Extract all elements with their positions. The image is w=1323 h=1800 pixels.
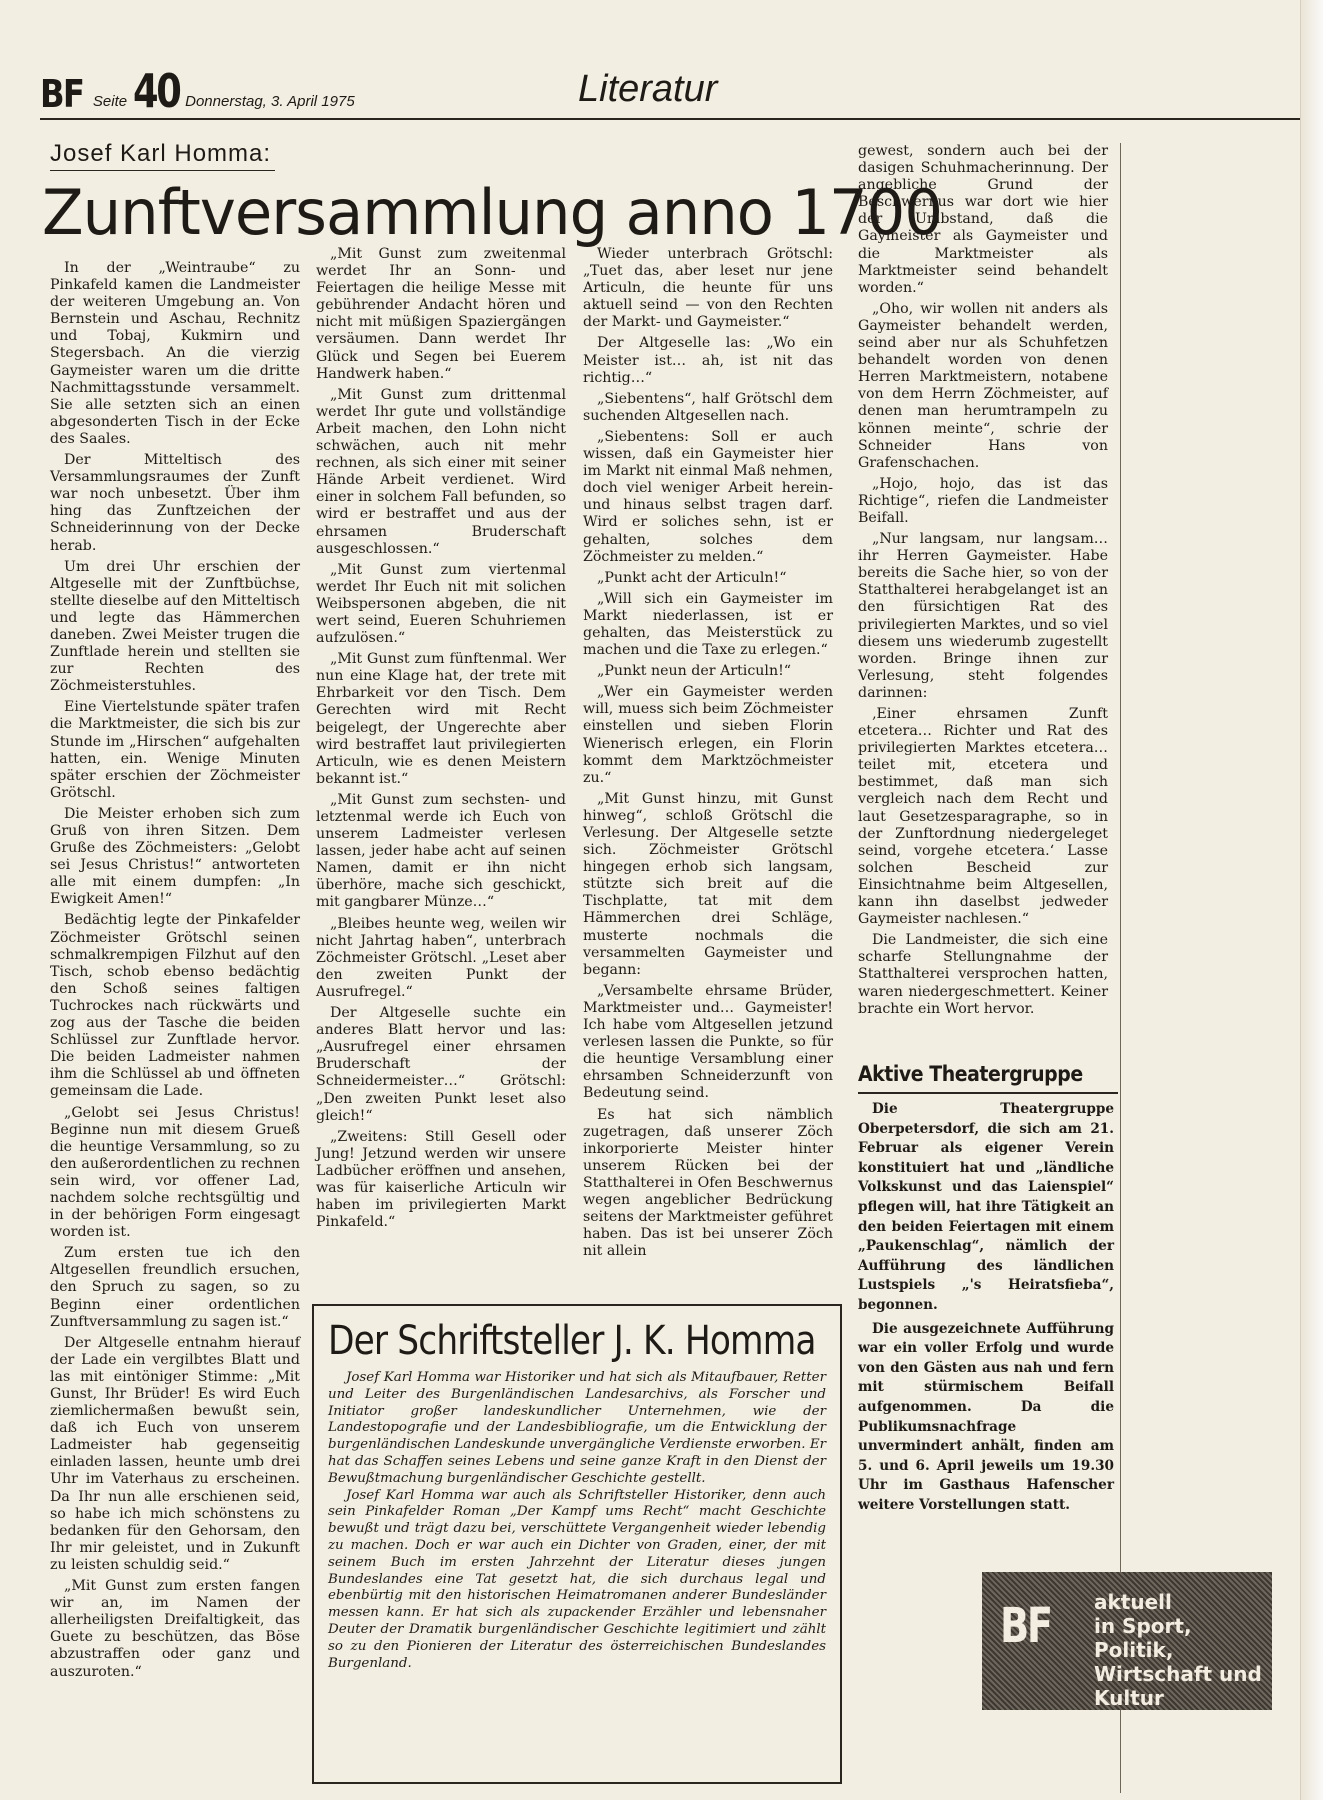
theater-article: Die Theatergruppe Oberpetersdorf, die si… [858, 1100, 1114, 1519]
paragraph: „Wer ein Gaymeister werden will, muess s… [583, 684, 833, 787]
theater-headline: Aktive Theatergruppe [858, 1062, 1083, 1086]
issue-date: Donnerstag, 3. April 1975 [185, 93, 355, 110]
paragraph: Die ausgezeichnete Aufführung war ein vo… [858, 1320, 1114, 1516]
ad-text: aktuell in Sport, Politik, Wirtschaft un… [1094, 1590, 1272, 1710]
author-underline [50, 170, 275, 171]
ad-line: Kultur [1094, 1686, 1272, 1710]
theater-rule [858, 1092, 1118, 1094]
bio-paragraph: Josef Karl Homma war Historiker und hat … [328, 1370, 826, 1488]
paragraph: „Zweitens: Still Gesell oder Jung! Jetzu… [316, 1129, 566, 1232]
paragraph: „Gelobt sei Jesus Christus! Beginne nun … [50, 1105, 300, 1242]
paragraph: „Mit Gunst zum sechsten- und letztenmal … [316, 792, 566, 912]
ad-line: Wirtschaft und [1094, 1662, 1272, 1686]
paragraph: Es hat sich nämblich zugetragen, daß uns… [583, 1107, 833, 1261]
article-column-2: „Mit Gunst zum zweitenmal werdet Ihr an … [316, 246, 566, 1235]
paragraph: Bedächtig legte der Pinkafelder Zöchmeis… [50, 912, 300, 1100]
paragraph: „Bleibes heunte weg, weilen wir nicht Ja… [316, 916, 566, 1001]
paragraph: „Mit Gunst zum zweitenmal werdet Ihr an … [316, 246, 566, 383]
paragraph: Zum ersten tue ich den Altgesellen freun… [50, 1245, 300, 1330]
paragraph: „Mit Gunst zum drittenmal werdet Ihr gut… [316, 387, 566, 558]
paragraph: „Mit Gunst zum fünftenmal. Wer nun eine … [316, 651, 566, 788]
section-title: Literatur [578, 68, 717, 111]
masthead-rule [40, 118, 1300, 120]
paragraph: Der Altgeselle suchte ein anderes Blatt … [316, 1005, 566, 1125]
paragraph: „Nur langsam, nur langsam… ihr Herren Ga… [858, 531, 1108, 702]
paragraph: „Siebentens: Soll er auch wissen, daß ei… [583, 429, 833, 566]
paragraph: Die Landmeister, die sich eine scharfe S… [858, 932, 1108, 1017]
paragraph: „Mit Gunst zum ersten fangen wir an, im … [50, 1578, 300, 1681]
bf-logo: BF [40, 74, 83, 114]
paragraph: „Mit Gunst hinzu, mit Gunst hinweg“, sch… [583, 791, 833, 979]
article-headline: Zunftversammlung anno 1700 [42, 176, 942, 249]
page-number: 40 [133, 68, 171, 114]
paragraph: „Siebentens“, half Grötschl dem suchende… [583, 391, 833, 425]
paragraph: gewest, sondern auch bei der dasigen Sch… [858, 143, 1108, 297]
newspaper-page: BF Seite 40 Donnerstag, 3. April 1975 Li… [0, 0, 1323, 1800]
paragraph: „Will sich ein Gaymeister im Markt niede… [583, 591, 833, 659]
paragraph: Die Theatergruppe Oberpetersdorf, die si… [858, 1100, 1114, 1316]
paragraph: Wieder unterbrach Grötschl: „Tuet das, a… [583, 246, 833, 331]
masthead: BF Seite 40 Donnerstag, 3. April 1975 [40, 64, 355, 114]
paragraph: „Versambelte ehrsame Brüder, Marktmeiste… [583, 983, 833, 1103]
ad-bf-logo: BF [1000, 1602, 1051, 1650]
ad-line: aktuell [1094, 1590, 1272, 1614]
bio-paragraph: Josef Karl Homma war auch als Schriftste… [328, 1488, 826, 1673]
paragraph: In der „Weintraube“ zu Pinkafeld kamen d… [50, 260, 300, 448]
article-author: Josef Karl Homma: [50, 140, 271, 168]
article-column-3: Wieder unterbrach Grötschl: „Tuet das, a… [583, 246, 833, 1264]
paragraph: „Oho, wir wollen nit anders als Gaymeist… [858, 301, 1108, 472]
bf-advertisement: BF aktuell in Sport, Politik, Wirtschaft… [982, 1572, 1272, 1710]
author-bio-box: Der Schriftsteller J. K. Homma Josef Kar… [312, 1304, 842, 1784]
page-edge [1300, 0, 1323, 1800]
article-column-4: gewest, sondern auch bei der dasigen Sch… [858, 143, 1108, 1022]
paragraph: „Hojo, hojo, das ist das Richtige“, rief… [858, 476, 1108, 527]
ad-line: in Sport, Politik, [1094, 1614, 1272, 1662]
paragraph: Um drei Uhr erschien der Altgeselle mit … [50, 559, 300, 696]
paragraph: „Punkt neun der Articuln!“ [583, 663, 833, 680]
paragraph: ‚Einer ehrsamen Zunft etcetera… Richter … [858, 706, 1108, 928]
paragraph: Eine Viertelstunde später trafen die Mar… [50, 699, 300, 802]
seite-label: Seite [93, 93, 127, 110]
paragraph: Der Mitteltisch des Versammlungsraumes d… [50, 452, 300, 555]
paragraph: „Punkt acht der Articuln!“ [583, 570, 833, 587]
paragraph: Der Altgeselle entnahm hierauf der Lade … [50, 1335, 300, 1574]
paragraph: „Mit Gunst zum viertenmal werdet Ihr Euc… [316, 562, 566, 647]
paragraph: Die Meister erhoben sich zum Gruß von ih… [50, 806, 300, 909]
bio-title: Der Schriftsteller J. K. Homma [328, 1318, 768, 1364]
article-column-1: In der „Weintraube“ zu Pinkafeld kamen d… [50, 260, 300, 1685]
column-divider [1120, 143, 1121, 1793]
paragraph: Der Altgeselle las: „Wo ein Meister ist…… [583, 335, 833, 386]
